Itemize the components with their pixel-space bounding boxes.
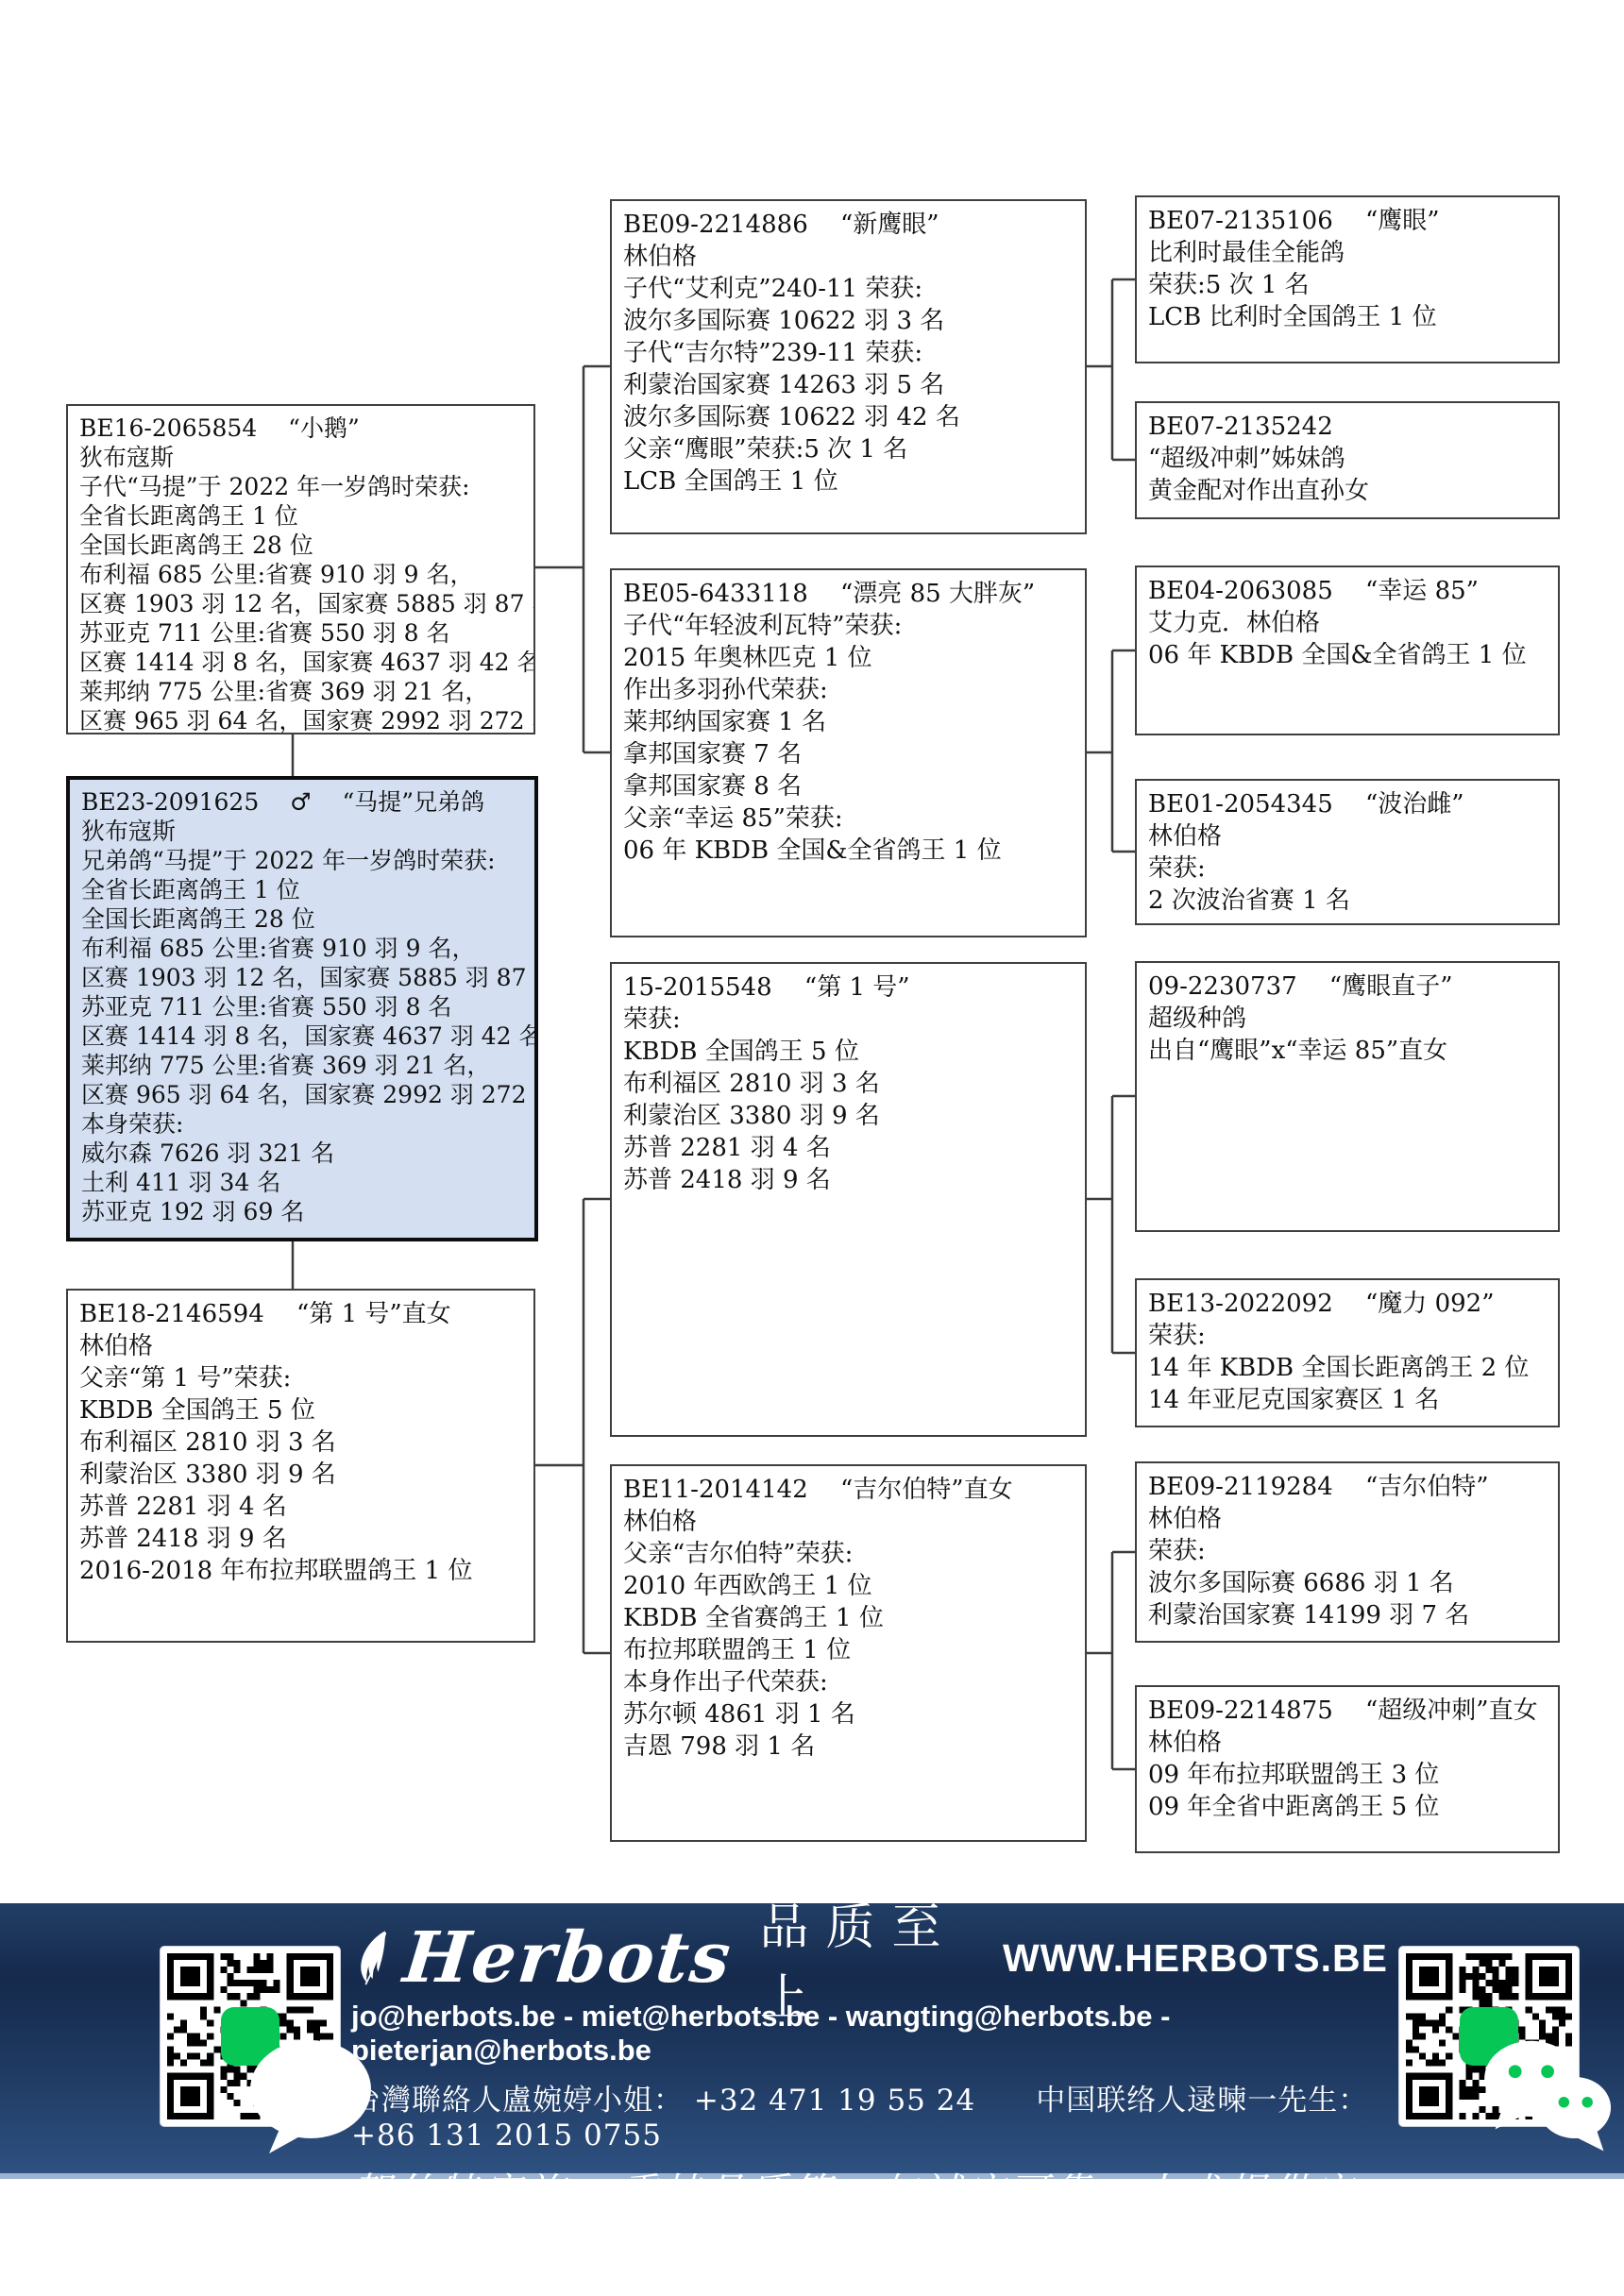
pedigree-text-line: 威尔森 7626 羽 321 名 xyxy=(81,1139,531,1168)
pedigree-text-line: 荣获:5 次 1 名 xyxy=(1148,269,1554,301)
pedigree-box-father-BE16-2065854: BE16-2065854 “小鹅”狄布寇斯子代“马提”于 2022 年一岁鸽时荣… xyxy=(66,404,535,734)
pedigree-text-line: BE11-2014142 “吉尔伯特”直女 xyxy=(623,1474,1081,1506)
pedigree-text-line: 超级种鸽 xyxy=(1148,1003,1554,1035)
pedigree-text-line: 拿邦国家赛 8 名 xyxy=(623,770,1081,802)
pedigree-text-line: 兄弟鸽“马提”于 2022 年一岁鸽时荣获: xyxy=(81,846,531,875)
pedigree-text-line: 06 年 KBDB 全国&全省鸽王 1 位 xyxy=(1148,639,1554,671)
pedigree-text-line: 苏普 2281 羽 4 名 xyxy=(79,1491,530,1523)
pedigree-text-line: 本身作出子代荣获: xyxy=(623,1666,1081,1698)
pedigree-box-grandsire-15-2015548: 15-2015548 “第 1 号”荣获:KBDB 全国鸽王 5 位布利福区 2… xyxy=(610,962,1087,1437)
pedigree-text-line: BE09-2119284 “吉尔伯特” xyxy=(1148,1471,1554,1503)
pedigree-text-line: 09 年全省中距离鸽王 5 位 xyxy=(1148,1791,1554,1823)
pedigree-text-line: 2 次波治省赛 1 名 xyxy=(1148,885,1554,917)
pedigree-text-line: 子代“艾利克”240-11 荣获: xyxy=(623,273,1081,305)
pedigree-text-line: 2015 年奥林匹克 1 位 xyxy=(623,642,1081,674)
pedigree-text-line: 林伯格 xyxy=(1148,820,1554,853)
pedigree-text-line: 艾力克．林伯格 xyxy=(1148,607,1554,639)
pedigree-text-line: 林伯格 xyxy=(623,241,1081,273)
pedigree-text-line: 莱邦纳 775 公里:省赛 369 羽 21 名， xyxy=(79,677,530,706)
line-qr-code xyxy=(161,1947,340,2126)
pedigree-text-line: 父亲“幸运 85”荣获: xyxy=(623,802,1081,835)
pedigree-text-line: 狄布寇斯 xyxy=(79,443,530,472)
pedigree-text-line: 出自“鹰眼”x“幸运 85”直女 xyxy=(1148,1035,1554,1067)
line-icon xyxy=(221,2007,279,2066)
pedigree-text-line: 波尔多国际赛 10622 羽 42 名 xyxy=(623,401,1081,433)
feather-icon xyxy=(344,1923,406,1993)
pedigree-text-line: 作出多羽孙代荣获: xyxy=(623,674,1081,706)
pedigree-text-line: 苏普 2418 羽 9 名 xyxy=(623,1164,1081,1196)
pedigree-text-line: 林伯格 xyxy=(623,1506,1081,1538)
pedigree-text-line: 黄金配对作出直孙女 xyxy=(1148,475,1554,507)
pedigree-text-line: BE13-2022092 “魔力 092” xyxy=(1148,1288,1554,1320)
pedigree-text-line: 布利福区 2810 羽 3 名 xyxy=(623,1068,1081,1100)
pedigree-text-line: 林伯格 xyxy=(1148,1503,1554,1535)
pedigree-text-line: “超级冲刺”姊妹鸽 xyxy=(1148,443,1554,475)
pedigree-text-line: 区赛 965 羽 64 名，国家赛 2992 羽 272 名 xyxy=(81,1080,531,1109)
pedigree-text-line: 苏亚克 711 公里:省赛 550 羽 8 名 xyxy=(81,992,531,1021)
pedigree-text-line: 全省长距离鸽王 1 位 xyxy=(79,501,530,531)
pedigree-text-line: 布拉邦联盟鸽王 1 位 xyxy=(623,1634,1081,1666)
pedigree-box-BE09-2214875: BE09-2214875 “超级冲刺”直女林伯格09 年布拉邦联盟鸽王 3 位0… xyxy=(1135,1685,1560,1853)
pedigree-text-line: 苏亚克 711 公里:省赛 550 羽 8 名 xyxy=(79,618,530,648)
pedigree-text-line: 子代“吉尔特”239-11 荣获: xyxy=(623,337,1081,369)
pedigree-text-line: 利蒙治区 3380 羽 9 名 xyxy=(79,1459,530,1491)
pedigree-text-line: 波尔多国际赛 10622 羽 3 名 xyxy=(623,305,1081,337)
pedigree-text-line: 荣获: xyxy=(1148,1535,1554,1567)
pedigree-text-line: 14 年 KBDB 全国长距离鸽王 2 位 xyxy=(1148,1352,1554,1384)
pedigree-text-line: 子代“马提”于 2022 年一岁鸽时荣获: xyxy=(79,472,530,501)
pedigree-text-line: KBDB 全国鸽王 5 位 xyxy=(79,1394,530,1427)
brand-row: Herbots 品质至上 WWW.HERBOTS.BE xyxy=(351,1918,1388,1998)
pedigree-box-mother-BE18-2146594: BE18-2146594 “第 1 号”直女林伯格父亲“第 1 号”荣获:KBD… xyxy=(66,1289,535,1643)
pedigree-text-line: 本身荣获: xyxy=(81,1109,531,1139)
pedigree-text-line: BE04-2063085 “幸运 85” xyxy=(1148,575,1554,607)
pedigree-text-line: 布利福 685 公里:省赛 910 羽 9 名， xyxy=(81,934,531,963)
pedigree-text-line: 狄布寇斯 xyxy=(81,817,531,846)
email-links[interactable]: jo@herbots.be - miet@herbots.be - wangti… xyxy=(351,2000,1388,2068)
pedigree-box-granddam-BE11-2014142: BE11-2014142 “吉尔伯特”直女林伯格父亲“吉尔伯特”荣获:2010 … xyxy=(610,1464,1087,1842)
pedigree-text-line: BE01-2054345 “波治雌” xyxy=(1148,788,1554,820)
pedigree-text-line: BE09-2214886 “新鹰眼” xyxy=(623,209,1081,241)
pedigree-text-line: 荣获: xyxy=(1148,853,1554,885)
pedigree-text-line: LCB 比利时全国鸽王 1 位 xyxy=(1148,301,1554,333)
pedigree-text-line: 莱邦纳国家赛 1 名 xyxy=(623,706,1081,738)
pedigree-text-line: 区赛 1903 羽 12 名，国家赛 5885 羽 87 名 xyxy=(79,589,530,618)
pedigree-text-line: 莱邦纳 775 公里:省赛 369 羽 21 名， xyxy=(81,1051,531,1080)
pedigree-text-line: BE09-2214875 “超级冲刺”直女 xyxy=(1148,1695,1554,1727)
pedigree-text-line: 区赛 1414 羽 8 名，国家赛 4637 羽 42 名 xyxy=(81,1021,531,1051)
pedigree-text-line: BE05-6433118 “漂亮 85 大胖灰” xyxy=(623,578,1081,610)
pedigree-box-subject-BE23-2091625: BE23-2091625 ♂ “马提”兄弟鸽狄布寇斯兄弟鸽“马提”于 2022 … xyxy=(66,776,538,1241)
website-link[interactable]: WWW.HERBOTS.BE xyxy=(1003,1936,1388,1981)
pedigree-text-line: 荣获: xyxy=(1148,1320,1554,1352)
pedigree-text-line: 利蒙治国家赛 14263 羽 5 名 xyxy=(623,369,1081,401)
pedigree-box-09-2230737: 09-2230737 “鹰眼直子”超级种鸽出自“鹰眼”x“幸运 85”直女 xyxy=(1135,961,1560,1232)
pedigree-text-line: 土利 411 羽 34 名 xyxy=(81,1168,531,1197)
pedigree-text-line: 林伯格 xyxy=(1148,1727,1554,1759)
pedigree-text-line: 苏尔顿 4861 羽 1 名 xyxy=(623,1698,1081,1730)
pedigree-text-line: KBDB 全国鸽王 5 位 xyxy=(623,1036,1081,1068)
pedigree-box-BE04-2063085: BE04-2063085 “幸运 85”艾力克．林伯格06 年 KBDB 全国&… xyxy=(1135,566,1560,735)
pedigree-text-line: 苏亚克 192 羽 69 名 xyxy=(81,1197,531,1226)
pedigree-text-line: 子代“年轻波利瓦特”荣获: xyxy=(623,610,1081,642)
pedigree-text-line: 15-2015548 “第 1 号” xyxy=(623,971,1081,1004)
wechat-qr-code xyxy=(1399,1947,1579,2126)
pedigree-text-line: 全国长距离鸽王 28 位 xyxy=(81,904,531,934)
pedigree-text-line: 苏普 2418 羽 9 名 xyxy=(79,1523,530,1555)
pedigree-text-line: 2016-2018 年布拉邦联盟鸽王 1 位 xyxy=(79,1555,530,1587)
pedigree-text-line: 苏普 2281 羽 4 名 xyxy=(623,1132,1081,1164)
pedigree-text-line: 波尔多国际赛 6686 羽 1 名 xyxy=(1148,1567,1554,1599)
pedigree-text-line: 吉恩 798 羽 1 名 xyxy=(623,1730,1081,1763)
pedigree-text-line: 比利时最佳全能鸽 xyxy=(1148,237,1554,269)
pedigree-text-line: 全国长距离鸽王 28 位 xyxy=(79,531,530,560)
pedigree-text-line: 区赛 1903 羽 12 名，国家赛 5885 羽 87 名 xyxy=(81,963,531,992)
pedigree-text-line: BE16-2065854 “小鹅” xyxy=(79,414,530,443)
pedigree-box-BE07-2135106: BE07-2135106 “鹰眼”比利时最佳全能鸽荣获:5 次 1 名LCB 比… xyxy=(1135,195,1560,363)
pedigree-text-line: 2010 年西欧鸽王 1 位 xyxy=(623,1570,1081,1602)
pedigree-text-line: 区赛 965 羽 64 名，国家赛 2992 羽 272 名 xyxy=(79,706,530,734)
pedigree-page: BE16-2065854 “小鹅”狄布寇斯子代“马提”于 2022 年一岁鸽时荣… xyxy=(0,0,1624,2296)
contact-phone-line: 台灣聯絡人盧婉婷小姐： +32 471 19 55 24 中国联络人逯暕一先生：… xyxy=(351,2076,1388,2152)
pedigree-box-BE07-2135242: BE07-2135242“超级冲刺”姊妹鸽黄金配对作出直孙女 xyxy=(1135,401,1560,519)
pedigree-text-line: 父亲“吉尔伯特”荣获: xyxy=(623,1538,1081,1570)
brand-logo-text: Herbots xyxy=(399,1917,736,1999)
pedigree-text-line: 区赛 1414 羽 8 名，国家赛 4637 羽 42 名 xyxy=(79,648,530,677)
pedigree-box-BE01-2054345: BE01-2054345 “波治雌”林伯格荣获:2 次波治省赛 1 名 xyxy=(1135,779,1560,925)
pedigree-text-line: 布利福 685 公里:省赛 910 羽 9 名， xyxy=(79,560,530,589)
pedigree-text-line: BE07-2135106 “鹰眼” xyxy=(1148,205,1554,237)
pedigree-text-line: 利蒙治区 3380 羽 9 名 xyxy=(623,1100,1081,1132)
pedigree-text-line: BE07-2135242 xyxy=(1148,411,1554,443)
pedigree-text-line: 父亲“鹰眼”荣获:5 次 1 名 xyxy=(623,433,1081,465)
pedigree-text-line: 09-2230737 “鹰眼直子” xyxy=(1148,971,1554,1003)
pedigree-text-line: 利蒙治国家赛 14199 羽 7 名 xyxy=(1148,1599,1554,1631)
pedigree-text-line: 拿邦国家赛 7 名 xyxy=(623,738,1081,770)
pedigree-text-line: 14 年亚尼克国家赛区 1 名 xyxy=(1148,1384,1554,1416)
footer-tagline: 贺伯特家族...秉持品质第一与诚实可靠，力求提供完美的服务！ xyxy=(351,2162,1388,2275)
pedigree-text-line: 布利福区 2810 羽 3 名 xyxy=(79,1427,530,1459)
pedigree-text-line: 父亲“第 1 号”荣获: xyxy=(79,1362,530,1394)
pedigree-box-granddam-BE05-6433118: BE05-6433118 “漂亮 85 大胖灰”子代“年轻波利瓦特”荣获:201… xyxy=(610,568,1087,937)
pedigree-text-line: 林伯格 xyxy=(79,1330,530,1362)
pedigree-text-line: LCB 全国鸽王 1 位 xyxy=(623,465,1081,498)
wechat-icon xyxy=(1460,2007,1518,2066)
pedigree-box-BE09-2119284: BE09-2119284 “吉尔伯特”林伯格荣获:波尔多国际赛 6686 羽 1… xyxy=(1135,1461,1560,1643)
footer-center-column: Herbots 品质至上 WWW.HERBOTS.BE jo@herbots.b… xyxy=(351,1903,1388,2174)
pedigree-text-line: KBDB 全省赛鸽王 1 位 xyxy=(623,1602,1081,1634)
pedigree-text-line: 全省长距离鸽王 1 位 xyxy=(81,875,531,904)
pedigree-text-line: BE18-2146594 “第 1 号”直女 xyxy=(79,1298,530,1330)
pedigree-box-grandsire-BE09-2214886: BE09-2214886 “新鹰眼”林伯格子代“艾利克”240-11 荣获:波尔… xyxy=(610,199,1087,534)
pedigree-text-line: BE23-2091625 ♂ “马提”兄弟鸽 xyxy=(81,787,531,817)
footer-brand-band: Herbots 品质至上 WWW.HERBOTS.BE jo@herbots.b… xyxy=(0,1903,1624,2179)
pedigree-text-line: 06 年 KBDB 全国&全省鸽王 1 位 xyxy=(623,835,1081,867)
pedigree-box-BE13-2022092: BE13-2022092 “魔力 092”荣获:14 年 KBDB 全国长距离鸽… xyxy=(1135,1278,1560,1427)
pedigree-text-line: 09 年布拉邦联盟鸽王 3 位 xyxy=(1148,1759,1554,1791)
pedigree-text-line: 荣获: xyxy=(623,1004,1081,1036)
